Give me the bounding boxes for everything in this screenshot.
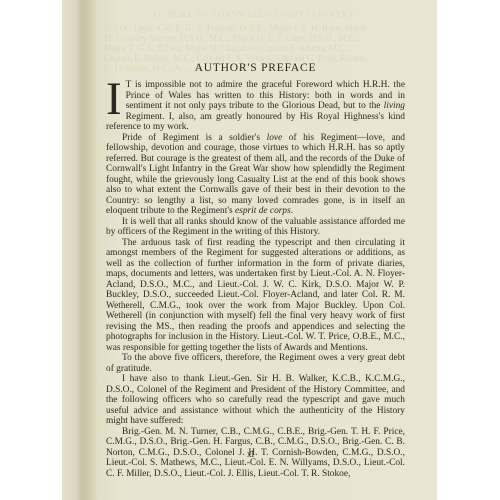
paragraph-5: To the above five officers, therefore, t… [106,353,405,374]
italic-emphasis: esprit de corps [235,206,291,216]
drop-cap: I [106,81,122,119]
paragraph-6: I have also to thank Lieut.-Gen. Sir H. … [106,374,405,427]
paragraph-2: Pride of Regiment is a soldier's love of… [106,133,405,217]
paragraph-4: The arduous task of first reading the ty… [106,238,405,354]
preface-body: AUTHOR'S PREFACE IT is impossible not to… [106,62,405,479]
bleed-through-line: D.S.O.; Lieut.-Col. E. G. S. Truscott, O… [104,23,404,33]
paragraph-7-officer-list: Brig.-Gen. M. N. Turner, C.B., C.M.G., C… [106,427,405,480]
page-title: AUTHOR'S PREFACE [106,62,405,74]
page-number: xi [247,449,254,459]
bleed-through-line: M. Crawley-boevey, D.S.O., M.C.; Major G… [104,33,404,43]
paragraph-1: IT is impossible not to admire the grace… [106,80,405,133]
bleed-through-header: xii DUKE OF CORNWALL'S LIGHT INFANTRY [104,10,404,20]
bleed-through-line: Major T. G. L. Elliott; Major H. Chapman… [104,43,404,53]
paragraph-3: It is well that all ranks should know of… [106,217,405,238]
italic-emphasis: living [384,101,405,111]
italic-emphasis: love [267,133,283,143]
